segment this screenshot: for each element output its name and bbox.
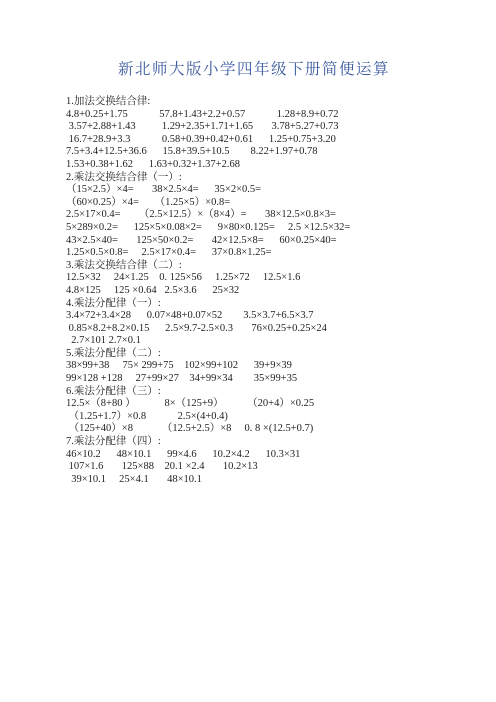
problem-line: 39×10.1 25×4.1 48×10.1 xyxy=(66,474,442,487)
problem-line: 2.5×17×0.4= （2.5×12.5）×（8×4）= 38×12.5×0.… xyxy=(66,209,442,222)
problem-line: 16.7+28.9+3.3 0.58+0.39+0.42+0.61 1.25+0… xyxy=(66,134,442,147)
section-heading: 6.乘法分配律（三）: xyxy=(66,386,442,399)
problem-line: 12.5×（8+80 ） 8×（125+9） （20+4）×0.25 xyxy=(66,398,442,411)
problem-line: （1.25+1.7）×0.8 2.5×(4+0.4) xyxy=(66,411,442,424)
problem-line: 3.4×72+3.4×28 0.07×48+0.07×52 3.5×3.7+6.… xyxy=(66,310,442,323)
problem-line: 38×99+38 75× 299+75 102×99+102 39+9×39 xyxy=(66,360,442,373)
worksheet-content: 新北师大版小学四年级下册简便运算 1.加法交换结合律:4.8+0.25+1.75… xyxy=(0,0,496,486)
problem-line: 1.25×0.5×0.8= 2.5×17×0.4= 37×0.8×1.25= xyxy=(66,247,442,260)
problem-line: 107×1.6 125×88 20.1 ×2.4 10.2×13 xyxy=(66,461,442,474)
problem-line: 43×2.5×40= 125×50×0.2= 42×12.5×8= 60×0.2… xyxy=(66,235,442,248)
problem-line: 3.57+2.88+1.43 1.29+2.35+1.71+1.65 3.78+… xyxy=(66,121,442,134)
problem-line: （15×2.5）×4= 38×2.5×4= 35×2×0.5= xyxy=(66,184,442,197)
problem-line: 1.53+0.38+1.62 1.63+0.32+1.37+2.68 xyxy=(66,159,442,172)
worksheet-title: 新北师大版小学四年级下册简便运算 xyxy=(66,60,442,80)
section-heading: 4.乘法分配律（一）: xyxy=(66,298,442,311)
problem-line: 2.7×101 2.7×0.1 xyxy=(66,335,442,348)
problem-line: 4.8×125 125 ×0.64 2.5×3.6 25×32 xyxy=(66,285,442,298)
worksheet-body: 1.加法交换结合律:4.8+0.25+1.75 57.8+1.43+2.2+0.… xyxy=(66,96,442,486)
section-heading: 7.乘法分配律（四）: xyxy=(66,436,442,449)
problem-line: 0.85×8.2+8.2×0.15 2.5×9.7-2.5×0.3 76×0.2… xyxy=(66,323,442,336)
problem-line: 5×289×0.2= 125×5×0.08×2= 9×80×0.125= 2.5… xyxy=(66,222,442,235)
problem-line: 4.8+0.25+1.75 57.8+1.43+2.2+0.57 1.28+8.… xyxy=(66,109,442,122)
problem-line: 99×128 +128 27+99×27 34+99×34 35×99+35 xyxy=(66,373,442,386)
problem-line: （60×0.25）×4= （1.25×5）×0.8= xyxy=(66,197,442,210)
problem-line: 46×10.2 48×10.1 99×4.6 10.2×4.2 10.3×31 xyxy=(66,449,442,462)
section-heading: 2.乘法交换结合律（一）: xyxy=(66,172,442,185)
section-heading: 1.加法交换结合律: xyxy=(66,96,442,109)
worksheet-page: 新北师大版小学四年级下册简便运算 1.加法交换结合律:4.8+0.25+1.75… xyxy=(0,0,496,702)
problem-line: （125+40）×8 （12.5+2.5）×8 0. 8 ×(12.5+0.7) xyxy=(66,423,442,436)
section-heading: 3.乘法交换结合律（二）: xyxy=(66,260,442,273)
problem-line: 12.5×32 24×1.25 0. 125×56 1.25×72 12.5×1… xyxy=(66,272,442,285)
section-heading: 5.乘法分配律（二）: xyxy=(66,348,442,361)
problem-line: 7.5+3.4+12.5+36.6 15.8+39.5+10.5 8.22+1.… xyxy=(66,146,442,159)
